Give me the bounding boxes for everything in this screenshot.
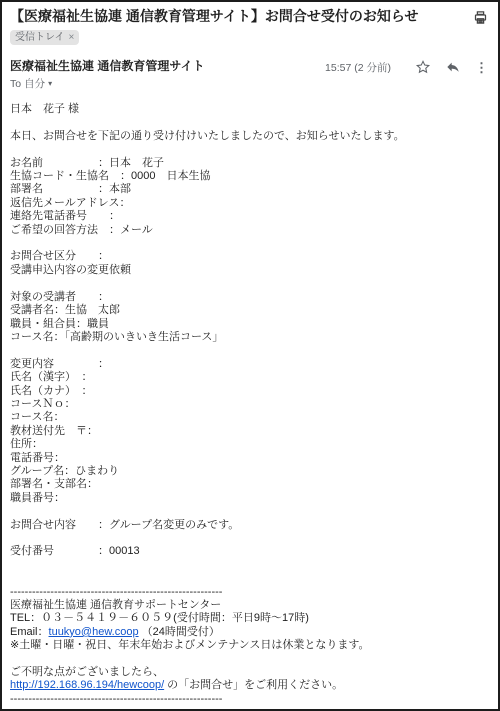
subject-row: 【医療福祉生協連 通信教育管理サイト】お問合せ受付のお知らせ xyxy=(2,2,498,25)
body-line xyxy=(10,559,490,572)
body-line xyxy=(10,505,490,518)
body-line xyxy=(10,653,490,666)
message-meta: 15:57 (2 分前) ⋮ xyxy=(325,59,488,75)
body-line: 住所： xyxy=(10,438,490,451)
body-line: Email：tuukyo@hew.coop （24時間受付） xyxy=(10,626,490,639)
star-icon[interactable] xyxy=(415,59,431,75)
sender-name: 医療福祉生協連 通信教育管理サイト xyxy=(10,59,205,73)
body-line: 返信先メールアドレス： xyxy=(10,197,490,210)
body-line: ご希望の回答方法 ：メール xyxy=(10,224,490,237)
body-line: 部署名・支部名： xyxy=(10,478,490,491)
sender-block: 医療福祉生協連 通信教育管理サイト To 自分 ▾ xyxy=(10,59,205,91)
body-line: コース名： xyxy=(10,411,490,424)
body-line: 生協コード・生協名 ：0000 日本生協 xyxy=(10,170,490,183)
body-line: TEL：０３－５４１９－６０５９(受付時間：平日9時～17時) xyxy=(10,612,490,625)
body-line: 本日、お問合せを下記の通り受け付けいたしましたので、お知らせいたします。 xyxy=(10,130,490,143)
body-line: 職員・組合員：職員 xyxy=(10,318,490,331)
email-body: 日本 花子 様 本日、お問合せを下記の通り受け付けいたしましたので、お知らせいた… xyxy=(10,103,490,706)
body-line xyxy=(10,532,490,545)
body-line: 受講申込内容の変更依頼 xyxy=(10,264,490,277)
body-line: お問合せ内容 ：グループ名変更のみです。 xyxy=(10,519,490,532)
body-line: 氏名（漢字） ： xyxy=(10,371,490,384)
body-line xyxy=(10,116,490,129)
body-line: 部署名 ：本部 xyxy=(10,183,490,196)
recipient-details[interactable]: To 自分 ▾ xyxy=(10,76,205,91)
print-icon[interactable] xyxy=(473,10,488,25)
body-line: ----------------------------------------… xyxy=(10,586,490,599)
body-line: お問合せ区分 ： xyxy=(10,250,490,263)
body-line xyxy=(10,572,490,585)
body-line xyxy=(10,143,490,156)
body-line: 変更内容 ： xyxy=(10,358,490,371)
details-dropdown-icon[interactable]: ▾ xyxy=(48,79,52,88)
inbox-label-text: 受信トレイ xyxy=(15,32,65,43)
body-line: コースＮｏ： xyxy=(10,398,490,411)
body-line: 受講者名：生協 太郎 xyxy=(10,304,490,317)
body-line: http://192.168.96.194/hewcoop/ の「お問合せ」をご… xyxy=(10,679,490,692)
body-link[interactable]: tuukyo@hew.coop xyxy=(49,626,139,638)
body-line: ご不明な点がございましたら、 xyxy=(10,666,490,679)
body-line: 医療福祉生協連 通信教育サポートセンター xyxy=(10,599,490,612)
to-label: To xyxy=(10,78,21,90)
to-value: 自分 xyxy=(24,76,45,91)
body-line: グループ名：ひまわり xyxy=(10,465,490,478)
remove-label-icon[interactable]: × xyxy=(69,33,75,43)
body-line: 受付番号 ：00013 xyxy=(10,545,490,558)
body-line: ----------------------------------------… xyxy=(10,693,490,706)
body-line: 職員番号： xyxy=(10,492,490,505)
body-line: 氏名（カナ） ： xyxy=(10,385,490,398)
body-line: 日本 花子 様 xyxy=(10,103,490,116)
message-header: 医療福祉生協連 通信教育管理サイト To 自分 ▾ 15:57 (2 分前) ⋮ xyxy=(10,59,488,91)
timestamp: 15:57 (2 分前) xyxy=(325,60,391,75)
more-options-icon[interactable]: ⋮ xyxy=(475,60,488,75)
body-line: コース名：「高齢期のいきいき生活コース」 xyxy=(10,331,490,344)
body-line: 電話番号： xyxy=(10,452,490,465)
body-line: ※土曜・日曜・祝日、年末年始およびメンテナンス日は休業となります。 xyxy=(10,639,490,652)
inbox-label-chip[interactable]: 受信トレイ × xyxy=(10,30,79,45)
email-subject: 【医療福祉生協連 通信教育管理サイト】お問合せ受付のお知らせ xyxy=(10,8,419,25)
body-line: 教材送付先 〒： xyxy=(10,425,490,438)
email-view-window: 【医療福祉生協連 通信教育管理サイト】お問合せ受付のお知らせ 受信トレイ × 医… xyxy=(0,0,500,711)
body-link[interactable]: http://192.168.96.194/hewcoop/ xyxy=(10,679,164,691)
body-line: お名前 ：日本 花子 xyxy=(10,157,490,170)
reply-icon[interactable] xyxy=(445,59,461,75)
body-line xyxy=(10,344,490,357)
body-line xyxy=(10,277,490,290)
body-line: 連絡先電話番号 ： xyxy=(10,210,490,223)
body-line xyxy=(10,237,490,250)
body-line: 対象の受講者 ： xyxy=(10,291,490,304)
